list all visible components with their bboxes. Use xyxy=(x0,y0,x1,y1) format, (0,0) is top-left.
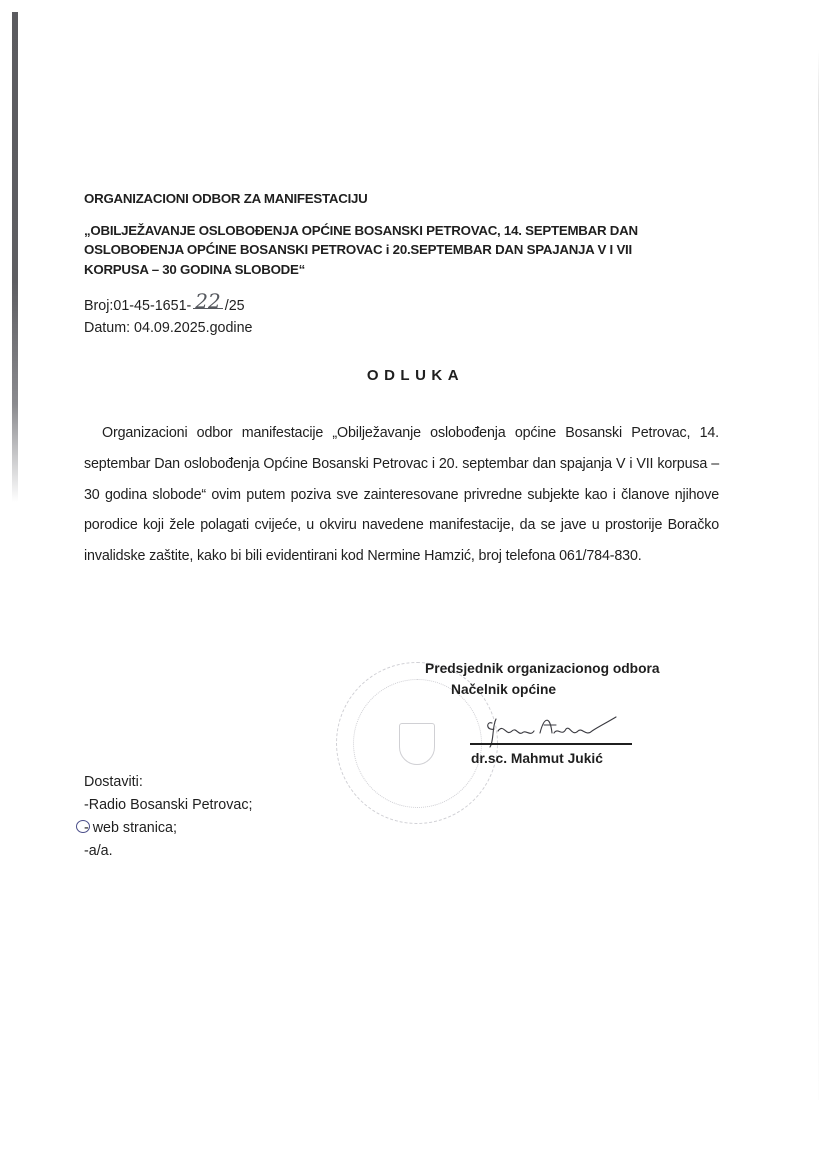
decision-body: Organizacioni odbor manifestacije „Obilj… xyxy=(84,418,719,572)
reference-prefix: Broj:01-45-1651- xyxy=(84,298,191,314)
signer-name: dr.sc. Mahmut Jukić xyxy=(471,751,603,766)
pen-circle-mark xyxy=(76,820,90,833)
distribution-item: -a/a. xyxy=(84,840,252,863)
signature-line xyxy=(470,743,632,745)
distribution-item-text: - web stranica; xyxy=(84,820,177,836)
scan-artifact-line xyxy=(818,50,819,1100)
signer-role-mayor: Načelnik općine xyxy=(451,679,685,700)
distribution-label: Dostaviti: xyxy=(84,771,252,794)
signer-role-chairman: Predsjednik organizacionog odbora xyxy=(425,658,685,679)
organization-name: ORGANIZACIONI ODBOR ZA MANIFESTACIJU xyxy=(84,189,764,209)
scan-binding-edge xyxy=(12,12,18,502)
reference-number: Broj:01-45-1651-22/25 xyxy=(84,295,253,317)
distribution-list: Dostaviti: -Radio Bosanski Petrovac; - w… xyxy=(84,771,252,863)
handwritten-reference-number: 22 xyxy=(193,294,222,309)
distribution-item: - web stranica; xyxy=(84,817,252,840)
distribution-item: -Radio Bosanski Petrovac; xyxy=(84,794,252,817)
document-title: ODLUKA xyxy=(0,367,831,384)
signature-block: Predsjednik organizacionog odbora Načeln… xyxy=(425,658,685,700)
document-date: Datum: 04.09.2025.godine xyxy=(84,317,253,339)
coat-of-arms-icon xyxy=(399,723,435,765)
reference-suffix: /25 xyxy=(225,298,245,314)
document-header: ORGANIZACIONI ODBOR ZA MANIFESTACIJU „OB… xyxy=(84,189,764,279)
manifestation-title: „OBILJEŽAVANJE OSLOBOĐENJA OPĆINE BOSANS… xyxy=(84,221,764,280)
reference-block: Broj:01-45-1651-22/25 Datum: 04.09.2025.… xyxy=(84,295,253,339)
